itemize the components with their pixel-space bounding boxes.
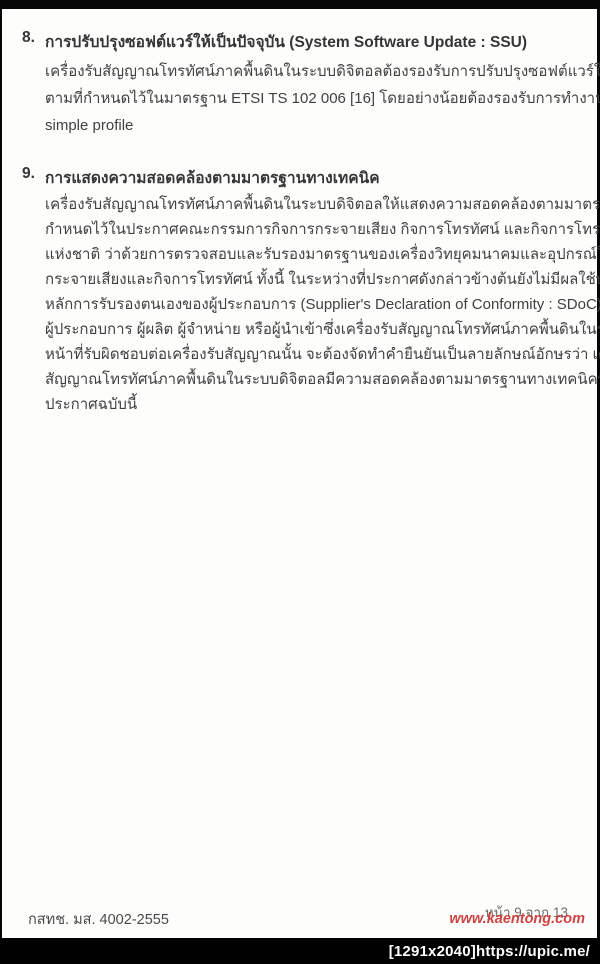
paragraph-line: สัญญาณโทรทัศน์ภาคพื้นดินในระบบดิจิตอลมีค… — [45, 367, 580, 392]
paragraph-line: เครื่องรับสัญญาณโทรทัศน์ภาคพื้นดินในระบบ… — [45, 192, 580, 217]
section-9-heading: 9. การแสดงความสอดคล้องตามมาตรฐานทางเทคนิ… — [22, 165, 380, 190]
scanned-document-page: 8. การปรับปรุงซอฟต์แวร์ให้เป็นปัจจุบัน (… — [0, 0, 600, 964]
image-host-bar: [1291x2040]https://upic.me/ — [0, 938, 600, 964]
section-8-title: การปรับปรุงซอฟต์แวร์ให้เป็นปัจจุบัน (Sys… — [45, 29, 527, 54]
document-code: กสทช. มส. 4002-2555 — [28, 908, 169, 931]
paragraph-line: simple profile — [45, 112, 580, 139]
watermark-url: www.kaentong.com — [449, 911, 585, 927]
paragraph-line: ประกาศฉบับนี้ — [45, 392, 580, 417]
paragraph-line: แห่งชาติ ว่าด้วยการตรวจสอบและรับรองมาตรฐ… — [45, 242, 580, 267]
section-8-number: 8. — [22, 29, 45, 54]
paragraph-line: เครื่องรับสัญญาณโทรทัศน์ภาคพื้นดินในระบบ… — [45, 58, 580, 85]
section-9-title: การแสดงความสอดคล้องตามมาตรฐานทางเทคนิค — [45, 165, 380, 190]
paragraph-line: ตามที่กำหนดไว้ในมาตรฐาน ETSI TS 102 006 … — [45, 85, 580, 112]
paragraph-line: หน้าที่รับผิดชอบต่อเครื่องรับสัญญาณนั้น … — [45, 342, 580, 367]
section-9-paragraph: เครื่องรับสัญญาณโทรทัศน์ภาคพื้นดินในระบบ… — [45, 192, 580, 417]
paragraph-line: กำหนดไว้ในประกาศคณะกรรมการกิจการกระจายเส… — [45, 217, 580, 242]
paragraph-line: ผู้ประกอบการ ผู้ผลิต ผู้จำหน่าย หรือผู้น… — [45, 317, 580, 342]
scan-frame-top — [0, 0, 600, 9]
image-host-url: [1291x2040]https://upic.me/ — [389, 943, 590, 960]
section-8-paragraph: เครื่องรับสัญญาณโทรทัศน์ภาคพื้นดินในระบบ… — [45, 58, 580, 139]
paragraph-line: หลักการรับรองตนเองของผู้ประกอบการ (Suppl… — [45, 292, 580, 317]
paragraph-line: กระจายเสียงและกิจการโทรทัศน์ ทั้งนี้ ในร… — [45, 267, 580, 292]
section-9-number: 9. — [22, 165, 45, 190]
section-8-heading: 8. การปรับปรุงซอฟต์แวร์ให้เป็นปัจจุบัน (… — [22, 29, 527, 54]
scan-frame-left — [0, 0, 2, 938]
